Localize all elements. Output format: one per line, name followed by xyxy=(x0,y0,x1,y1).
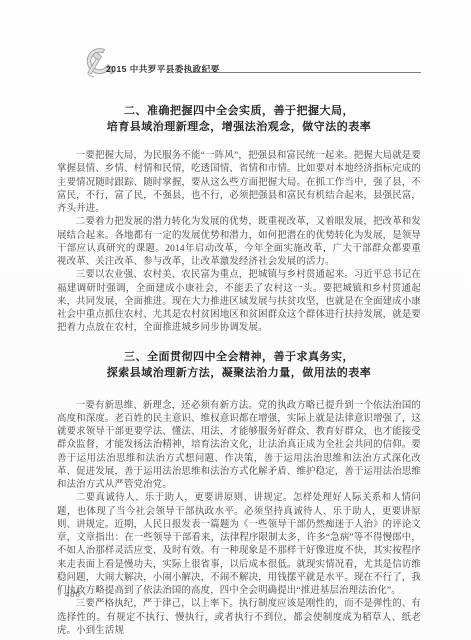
page-number: - 480 - xyxy=(58,589,88,599)
body-paragraph: 一要有新思维、新理念，还必须有新方法。党的执政方略已提升到一个依法治国的高度和深… xyxy=(57,400,421,493)
header-rule xyxy=(188,72,421,73)
section-heading-line: 二、准确把握四中全会实质，善于把握大局， xyxy=(57,103,421,119)
section-heading-2: 二、准确把握四中全会实质，善于把握大局， 培育县域治理新理念，增强法治观念，做守… xyxy=(57,103,421,135)
section-heading-line: 三、全面贯彻四中全会精神，善于求真务实， xyxy=(57,349,421,365)
section-heading-line: 探索县域治理新方法，凝聚法治力量，做用法的表率 xyxy=(57,365,421,381)
body-paragraph: 一要把握大局，为民服务不能“一阵风”，把强县和富民统一起来。把握大局就是要掌握县… xyxy=(57,150,421,216)
document-page: 2015 中共罗平县委执政纪要 二、准确把握四中全会实质，善于把握大局， 培育县… xyxy=(0,0,471,640)
section-heading-3: 三、全面贯彻四中全会精神，善于求真务实， 探索县域治理新方法，凝聚法治力量，做用… xyxy=(57,349,421,381)
header-title: 2015 中共罗平县委执政纪要 xyxy=(106,63,220,75)
page-header: 2015 中共罗平县委执政纪要 xyxy=(81,45,426,81)
body-paragraph: 三要严格执纪，严于律己，以上率下。执行制度应该是刚性的，而不是弹性的、有选择性的… xyxy=(57,598,421,638)
body-paragraph: 三要以农业强、农村美、农民富为重点，把城镇与乡村贯通起来。习近平总书记在福建调研… xyxy=(57,269,421,335)
body-paragraph: 二要着力把发展的潜力转化为发展的优势，既重视改革，又着眼发展，把改革和发展结合起… xyxy=(57,216,421,269)
page-content: 二、准确把握四中全会实质，善于把握大局， 培育县域治理新理念，增强法治观念，做守… xyxy=(57,103,421,638)
section-heading-line: 培育县域治理新理念，增强法治观念，做守法的表率 xyxy=(57,119,421,135)
body-paragraph: 二要真诚待人、乐于助人，更要讲原则、讲规定。怎样处理好人际关系和人情问题，也体现… xyxy=(57,492,421,598)
